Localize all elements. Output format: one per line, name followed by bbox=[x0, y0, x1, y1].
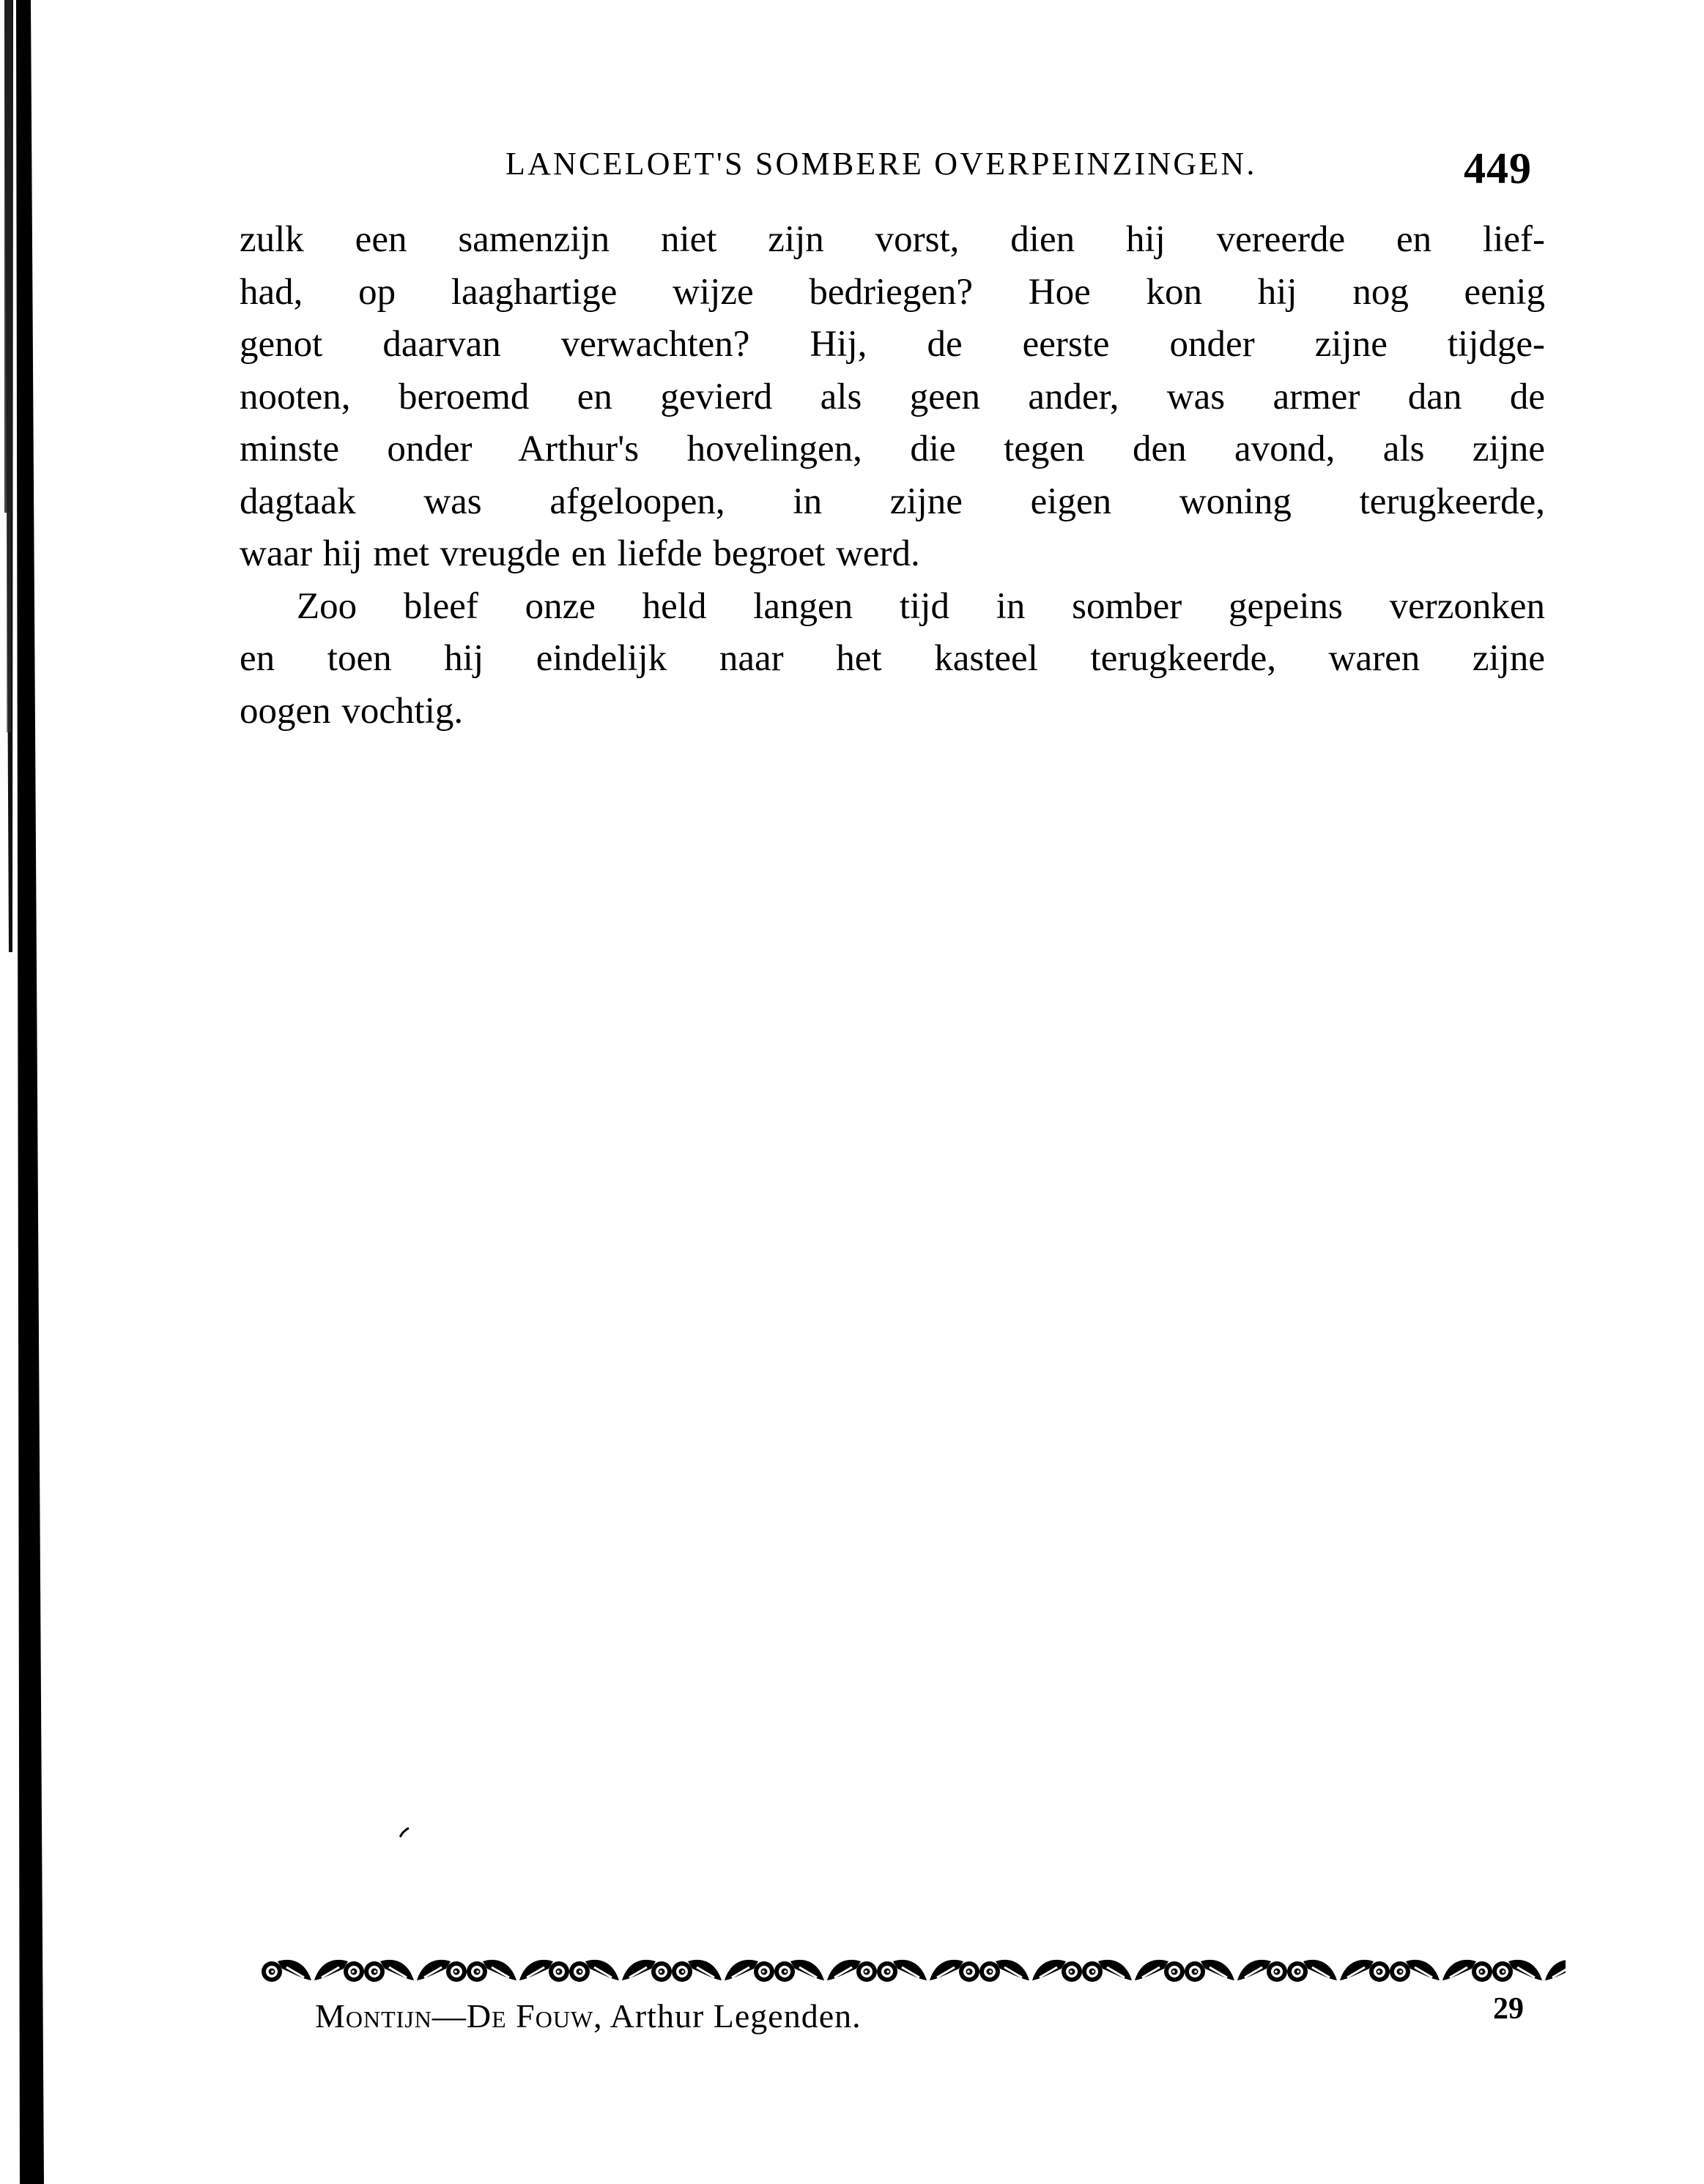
page-number: 449 bbox=[1464, 145, 1532, 192]
footer-signature: Montijn—De Fouw, Arthur Legenden. bbox=[315, 1998, 862, 2035]
text-line: zulk een samenzijn niet zijn vorst, dien… bbox=[240, 214, 1545, 267]
paragraph-start-line: Zoo bleef onze held langen tijd in sombe… bbox=[240, 581, 1545, 634]
scan-speck bbox=[399, 1827, 410, 1838]
text-line: had, op laaghartige wijze bedriegen? Hoe… bbox=[240, 267, 1545, 319]
sheet-signature-number: 29 bbox=[1493, 1992, 1524, 2026]
binding-shadow bbox=[0, 0, 51, 2184]
text-line: nooten, beroemd en gevierd als geen ande… bbox=[240, 371, 1545, 424]
text-line: dagtaak was afgeloopen, in zijne eigen w… bbox=[240, 476, 1545, 529]
text-line: genot daarvan verwachten? Hij, de eerste… bbox=[240, 319, 1545, 371]
body-text: zulk een samenzijn niet zijn vorst, dien… bbox=[240, 214, 1545, 738]
text-line: waar hij met vreugde en liefde begroet w… bbox=[240, 528, 1545, 581]
text-line: oogen vochtig. bbox=[240, 686, 1545, 738]
footer-title: , Arthur Legenden. bbox=[593, 1997, 861, 2035]
running-head: Lanceloet's sombere overpeinzingen. bbox=[505, 146, 1282, 182]
text-line: en toen hij eindelijk naar het kasteel t… bbox=[240, 633, 1545, 686]
footer-author: Montijn—De Fouw bbox=[315, 1997, 593, 2035]
text-line: minste onder Arthur's hovelingen, die te… bbox=[240, 423, 1545, 476]
spiral-leaf-border-ornament bbox=[262, 1954, 1566, 1989]
